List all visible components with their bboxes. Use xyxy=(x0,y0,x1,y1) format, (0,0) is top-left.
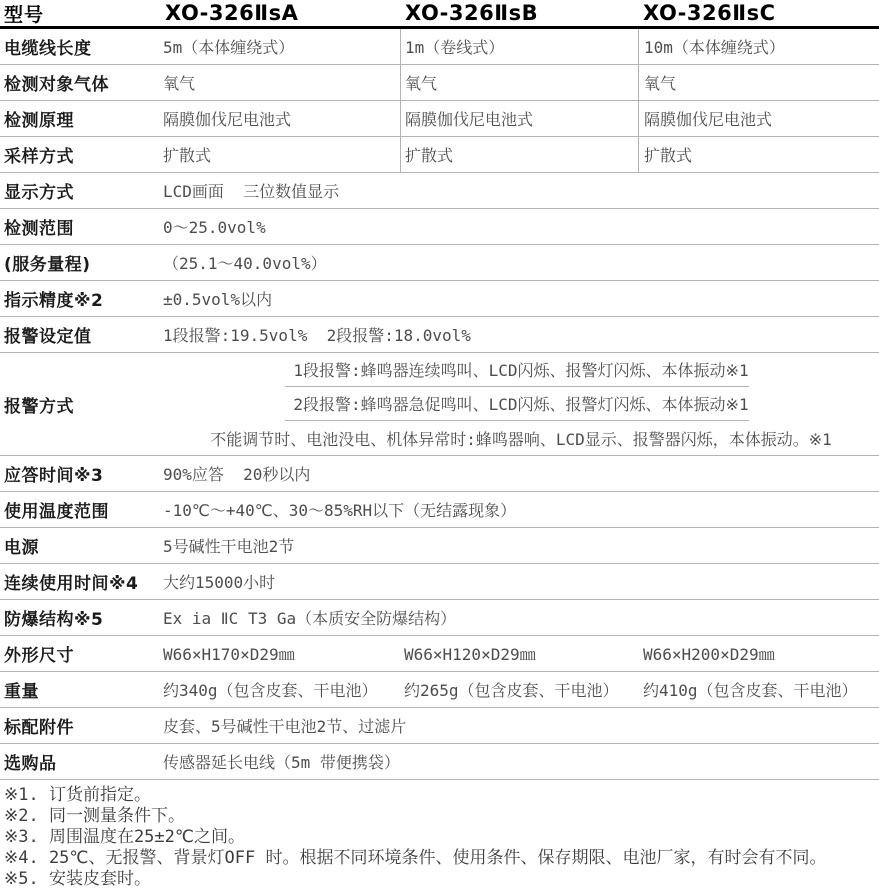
header-model-label: 型号 xyxy=(0,0,155,27)
cell-value: 90%应答 20秒以内 xyxy=(155,456,879,491)
cell-value: 扩散式 xyxy=(400,137,638,172)
cell-value: 1段报警:19.5vol% 2段报警:18.0vol% xyxy=(155,317,879,352)
table-row-weight: 重量 约340g（包含皮套、干电池） 约265g（包含皮套、干电池） 约410g… xyxy=(0,672,879,708)
cell-value: 约265g（包含皮套、干电池） xyxy=(400,672,638,707)
cell-value: 约410g（包含皮套、干电池） xyxy=(638,672,879,707)
cell-value: （25.1～40.0vol%） xyxy=(155,245,879,280)
cell-value: 隔膜伽伐尼电池式 xyxy=(638,101,879,136)
footnote-5: ※5. 安装皮套时。 xyxy=(4,869,879,890)
cell-value: 5号碱性干电池2节 xyxy=(155,528,879,563)
cell-value: 氧气 xyxy=(155,65,400,100)
row-label: 采样方式 xyxy=(0,137,155,172)
cell-value: W66×H120×D29㎜ xyxy=(400,636,638,671)
table-row-alarm-setpoint: 报警设定值 1段报警:19.5vol% 2段报警:18.0vol% xyxy=(0,317,879,353)
footnotes: ※1. 订货前指定。 ※2. 同一测量条件下。 ※3. 周围温度在25±2℃之间… xyxy=(0,780,879,890)
row-label: 连续使用时间※4 xyxy=(0,564,155,599)
table-row-response-time: 应答时间※3 90%应答 20秒以内 xyxy=(0,456,879,492)
row-label: 检测原理 xyxy=(0,101,155,136)
row-label: 外形尺寸 xyxy=(0,636,155,671)
table-row-sampling-method: 采样方式 扩散式 扩散式 扩散式 xyxy=(0,137,879,173)
alarm-method-line: 不能调节时、电池没电、机体异常时:蜂鸣器响、LCD显示、报警器闪烁，本体振动。※… xyxy=(202,421,832,455)
row-label: 显示方式 xyxy=(0,173,155,208)
row-label: 使用温度范围 xyxy=(0,492,155,527)
table-header-row: 型号 XO-326ⅡsA XO-326ⅡsB XO-326ⅡsC xyxy=(0,0,879,29)
header-model-c: XO-326ⅡsC xyxy=(638,1,879,25)
cell-value: -10℃～+40℃、30～85%RH以下（无结露现象） xyxy=(155,492,879,527)
table-row-detection-range: 检测范围 0～25.0vol% xyxy=(0,209,879,245)
cell-value: 隔膜伽伐尼电池式 xyxy=(155,101,400,136)
cell-value: 氧气 xyxy=(400,65,638,100)
spec-table: 型号 XO-326ⅡsA XO-326ⅡsB XO-326ⅡsC 电缆线长度 5… xyxy=(0,0,879,780)
table-row-standard-accessories: 标配附件 皮套、5号碱性干电池2节、过滤片 xyxy=(0,708,879,744)
table-row-cable-length: 电缆线长度 5m（本体缠绕式） 1m（卷线式） 10m（本体缠绕式） xyxy=(0,29,879,65)
cell-value: 2段报警:蜂鸣器急促鸣叫、LCD闪烁、报警灯闪烁、本体振动※1 xyxy=(285,392,748,415)
alarm-method-sublist: 1段报警:蜂鸣器连续鸣叫、LCD闪烁、报警灯闪烁、本体振动※1 2段报警:蜂鸣器… xyxy=(155,353,879,455)
cell-value: Ex ia ⅡC T3 Ga（本质安全防爆结构） xyxy=(155,600,879,635)
table-row-indication-accuracy: 指示精度※2 ±0.5vol%以内 xyxy=(0,281,879,317)
row-label: 标配附件 xyxy=(0,708,155,743)
table-row-power-supply: 电源 5号碱性干电池2节 xyxy=(0,528,879,564)
header-model-a: XO-326ⅡsA xyxy=(155,1,400,25)
cell-value: 皮套、5号碱性干电池2节、过滤片 xyxy=(155,708,879,743)
table-row-explosion-proof-structure: 防爆结构※5 Ex ia ⅡC T3 Ga（本质安全防爆结构） xyxy=(0,600,879,636)
cell-value: W66×H170×D29㎜ xyxy=(155,636,400,671)
row-label: 应答时间※3 xyxy=(0,456,155,491)
row-label: 指示精度※2 xyxy=(0,281,155,316)
table-row-service-range: (服务量程) （25.1～40.0vol%） xyxy=(0,245,879,281)
row-label: 选购品 xyxy=(0,744,155,779)
row-label: 重量 xyxy=(0,672,155,707)
cell-value: 约340g（包含皮套、干电池） xyxy=(155,672,400,707)
footnote-1: ※1. 订货前指定。 xyxy=(4,785,879,806)
footnote-4: ※4. 25℃、无报警、背景灯OFF 时。根据不同环境条件、使用条件、保存期限、… xyxy=(4,848,879,869)
row-label: (服务量程) xyxy=(0,245,155,280)
row-label: 电缆线长度 xyxy=(0,29,155,64)
row-label: 检测对象气体 xyxy=(0,65,155,100)
cell-value: 10m（本体缠绕式） xyxy=(638,29,879,64)
footnote-2: ※2. 同一测量条件下。 xyxy=(4,806,879,827)
cell-value: 隔膜伽伐尼电池式 xyxy=(400,101,638,136)
row-label: 报警设定值 xyxy=(0,317,155,352)
row-label: 防爆结构※5 xyxy=(0,600,155,635)
row-label: 报警方式 xyxy=(0,353,155,455)
cell-value: 不能调节时、电池没电、机体异常时:蜂鸣器响、LCD显示、报警器闪烁，本体振动。※… xyxy=(202,427,832,450)
table-row-optional-items: 选购品 传感器延长电线（5m 带便携袋） xyxy=(0,744,879,780)
table-row-continuous-operating-time: 连续使用时间※4 大约15000小时 xyxy=(0,564,879,600)
footnote-3: ※3. 周围温度在25±2℃之间。 xyxy=(4,827,879,848)
cell-value: ±0.5vol%以内 xyxy=(155,281,879,316)
cell-value: 氧气 xyxy=(638,65,879,100)
table-row-alarm-method: 报警方式 1段报警:蜂鸣器连续鸣叫、LCD闪烁、报警灯闪烁、本体振动※1 2段报… xyxy=(0,353,879,456)
table-row-dimensions: 外形尺寸 W66×H170×D29㎜ W66×H120×D29㎜ W66×H20… xyxy=(0,636,879,672)
table-row-target-gas: 检测对象气体 氧气 氧气 氧气 xyxy=(0,65,879,101)
row-label: 电源 xyxy=(0,528,155,563)
cell-value: LCD画面 三位数值显示 xyxy=(155,173,879,208)
table-row-detection-principle: 检测原理 隔膜伽伐尼电池式 隔膜伽伐尼电池式 隔膜伽伐尼电池式 xyxy=(0,101,879,137)
table-row-operating-temperature: 使用温度范围 -10℃～+40℃、30～85%RH以下（无结露现象） xyxy=(0,492,879,528)
cell-value: 传感器延长电线（5m 带便携袋） xyxy=(155,744,879,779)
header-model-b: XO-326ⅡsB xyxy=(400,1,638,25)
alarm-method-line: 2段报警:蜂鸣器急促鸣叫、LCD闪烁、报警灯闪烁、本体振动※1 xyxy=(285,387,748,421)
cell-value: 扩散式 xyxy=(155,137,400,172)
cell-value: 5m（本体缠绕式） xyxy=(155,29,400,64)
cell-value: 扩散式 xyxy=(638,137,879,172)
cell-value: 1段报警:蜂鸣器连续鸣叫、LCD闪烁、报警灯闪烁、本体振动※1 xyxy=(285,358,748,381)
cell-value: W66×H200×D29㎜ xyxy=(638,636,879,671)
row-label: 检测范围 xyxy=(0,209,155,244)
cell-value: 1m（卷线式） xyxy=(400,29,638,64)
alarm-method-line: 1段报警:蜂鸣器连续鸣叫、LCD闪烁、报警灯闪烁、本体振动※1 xyxy=(285,353,748,387)
cell-value: 大约15000小时 xyxy=(155,564,879,599)
table-row-display-method: 显示方式 LCD画面 三位数值显示 xyxy=(0,173,879,209)
cell-value: 0～25.0vol% xyxy=(155,209,879,244)
